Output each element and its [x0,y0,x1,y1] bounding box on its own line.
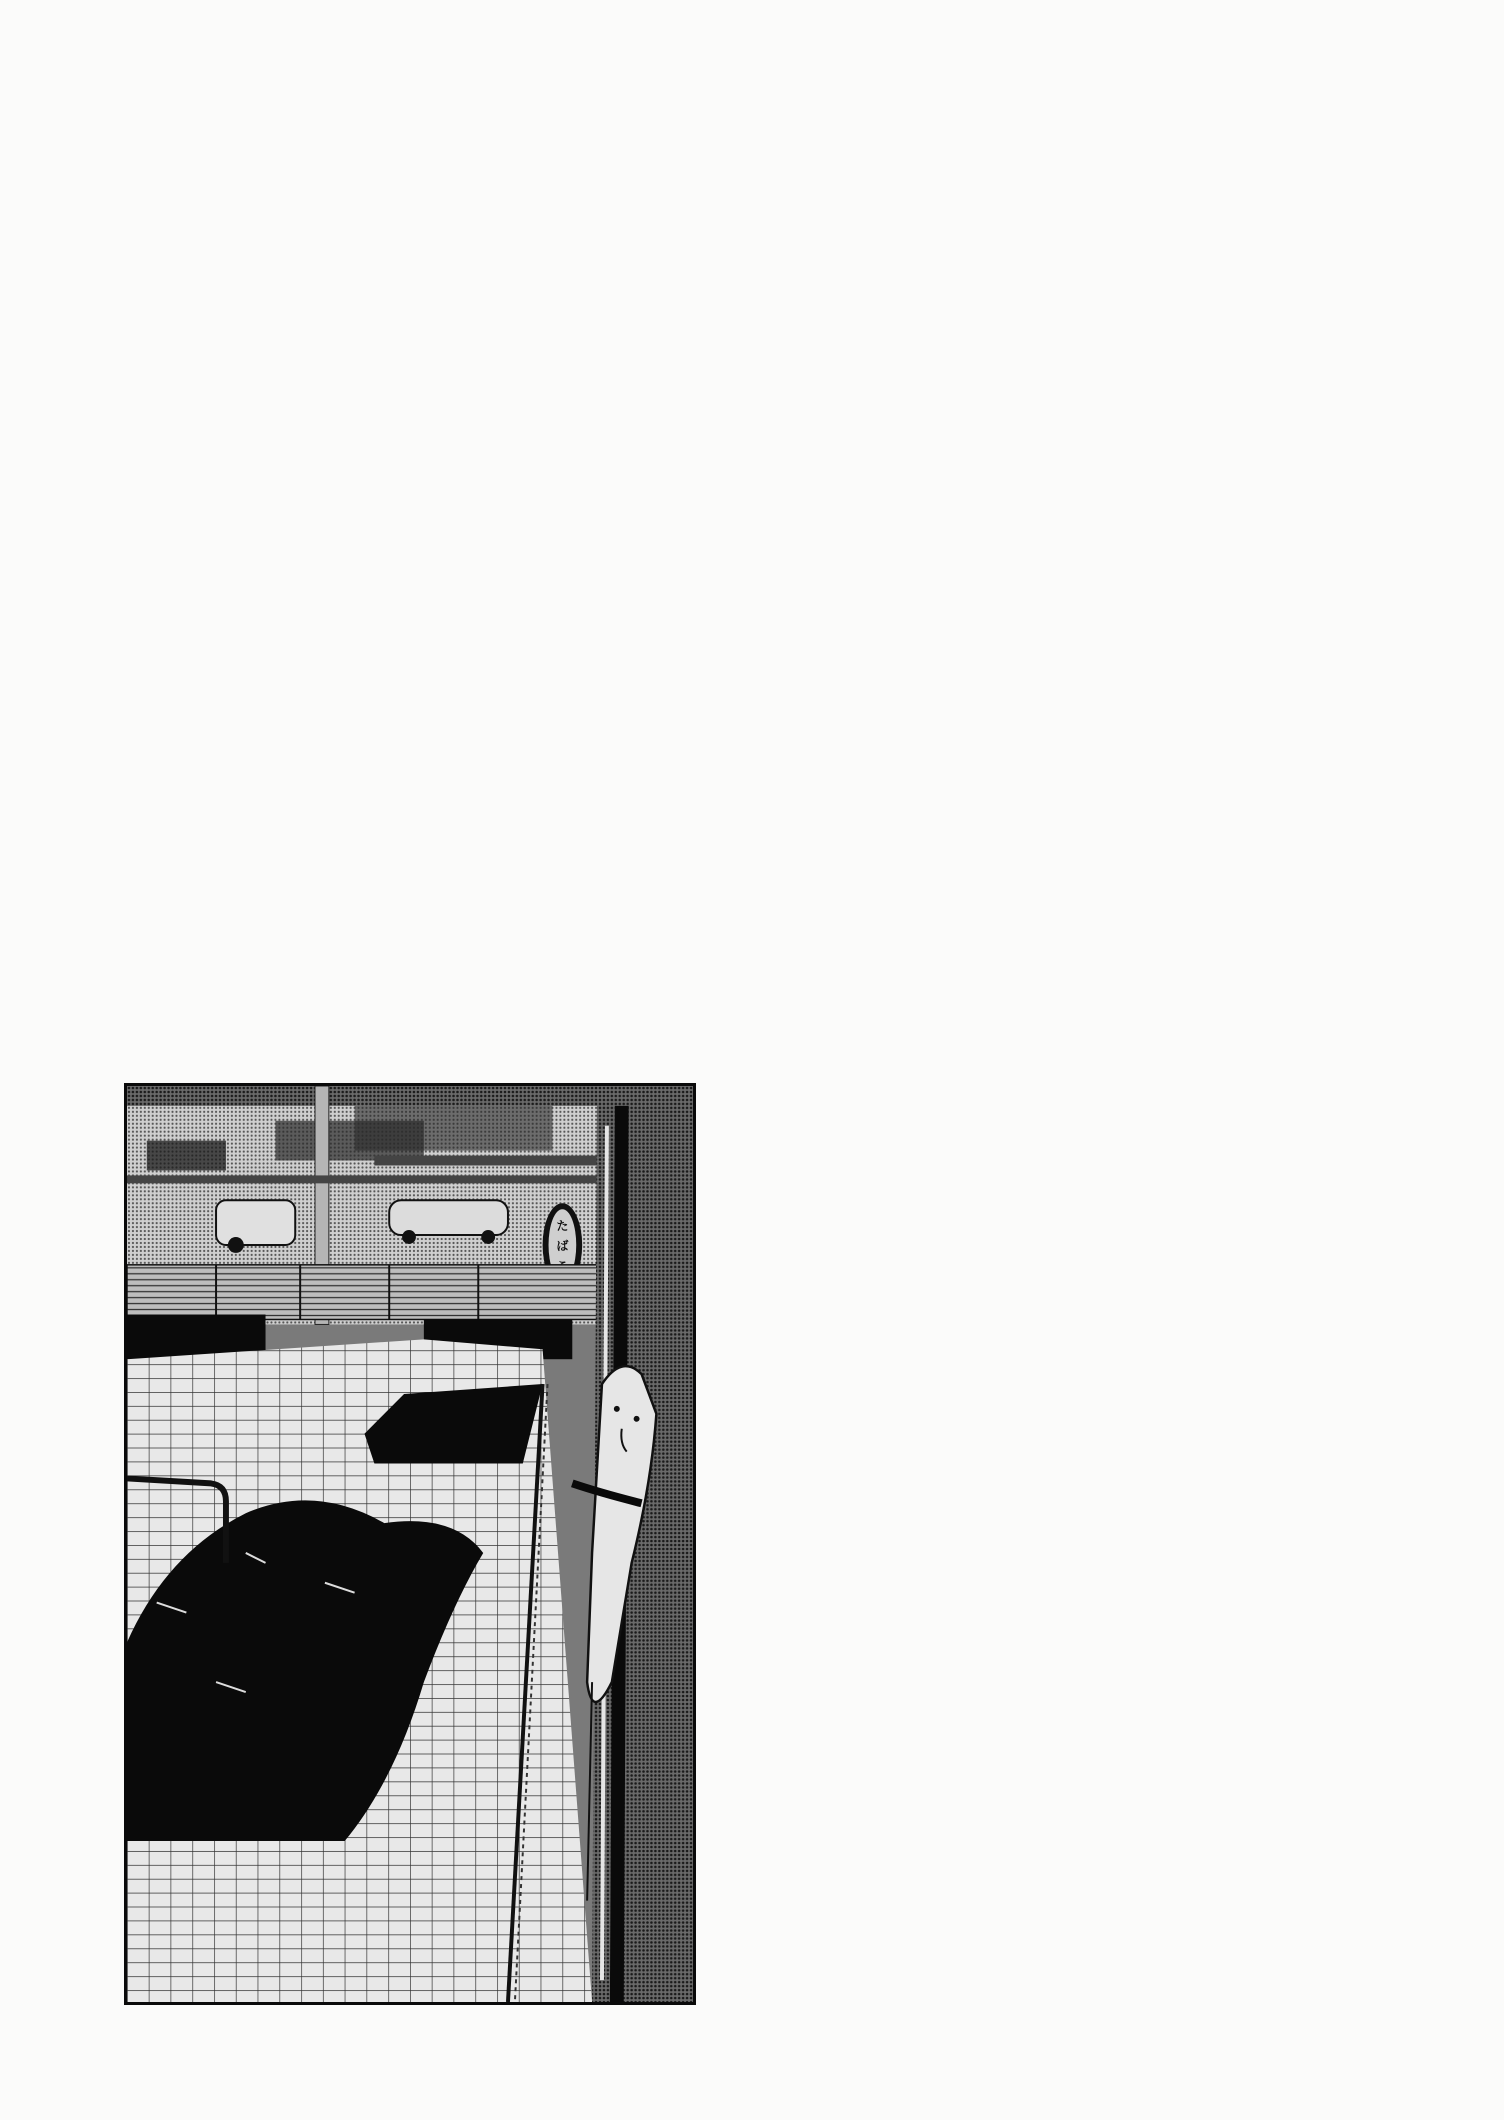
tobacco-sign-char1: た [556,1219,568,1233]
fence [127,1265,607,1320]
manga-panel: た ば こ [124,1083,696,2005]
panel-illustration: た ば こ [127,1086,693,2002]
tobacco-sign-char2: ば [556,1239,568,1253]
manga-page: た ば こ [0,0,1504,2120]
